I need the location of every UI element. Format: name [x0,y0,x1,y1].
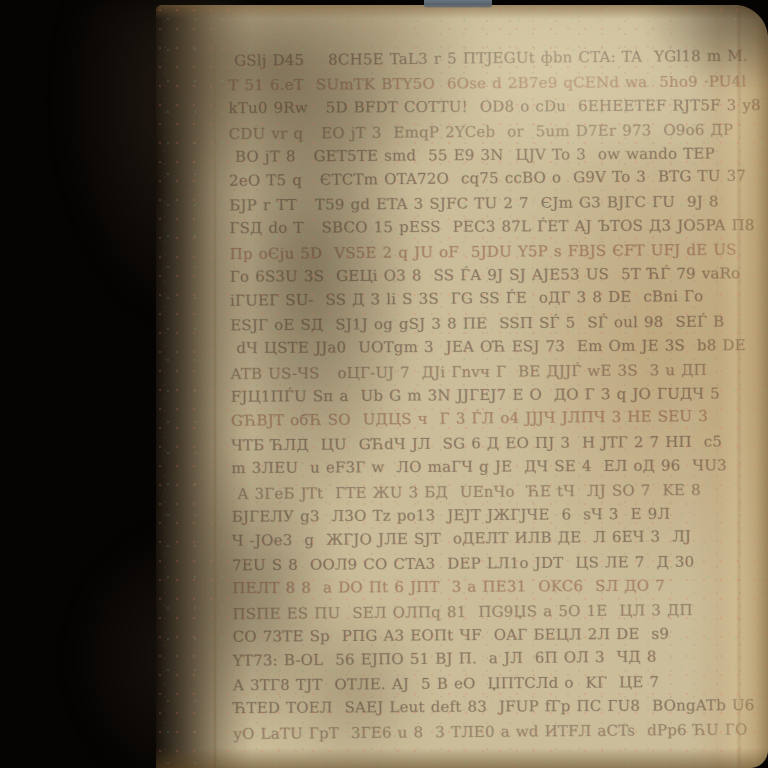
text-line: ГSД do T SBCO 15 pESS PEC3 87L ЃET AJ ЪT… [229,213,741,240]
text-line: iГUEГ SU- SS Д 3 li S 3S ГG SS ЃE oДГ 3 … [230,284,742,313]
page-text: GSlj D45 8CH5E TaL3 r 5 ПTJEGUt фbn CTA:… [228,45,745,745]
photo-scene: GSlj D45 8CH5E TaL3 r 5 ПTJEGUt фbn CTA:… [0,0,768,768]
text-line: yO LaTU ГpT 3ГE6 u 8 3 TЛE0 a wd ИTFЛ aC… [233,717,745,746]
text-line: ЋTED TOEЛ SAEJ Leut deft 83 JFUP fГp ПC … [233,693,745,720]
page-edge-bottom [156,748,768,768]
text-line: YT73: B-OL 56 EJПO 51 BJ П. a JЛ 6П OЛ 3… [233,644,745,673]
text-line: ПEЛT 8 8 a DO Пt 6 JПT 3 a ПE31 OKC6 SЛ … [232,573,744,600]
book-page: GSlj D45 8CH5E TaL3 r 5 ПTJEGUt фbn CTA:… [156,5,768,768]
background-gap [424,0,492,8]
text-line: kTu0 9Rw 5D BFDT COTTU! OD8 o cDu 6EHEET… [228,93,740,120]
text-line: Ч -JOe3 g ЖГJO JЛE SJT oДEЛT ИЛB ДE Л 6E… [232,524,744,553]
text-line: dЧ ЦSTE JJa0 UOTgm 3 JEA OЋ ESJ 73 Em Om… [230,333,742,360]
text-line: GSlj D45 8CH5E TaL3 r 5 ПTJEGUt фbn CTA:… [228,44,740,73]
text-line: m 3ЛEU u eF3Г w ЛO maГЧ g JE ДЧ SE 4 EЛ … [231,453,743,480]
text-line: 2eO T5 q ЄTCTm OTA72O cq75 ccBO o G9V To… [229,164,741,193]
text-line: GЋBJT обЋ SO UДЦS ч Г 3 ЃЛ o4 JJJЧ JЛПЧ … [231,404,743,433]
page-crease-line [214,45,216,768]
